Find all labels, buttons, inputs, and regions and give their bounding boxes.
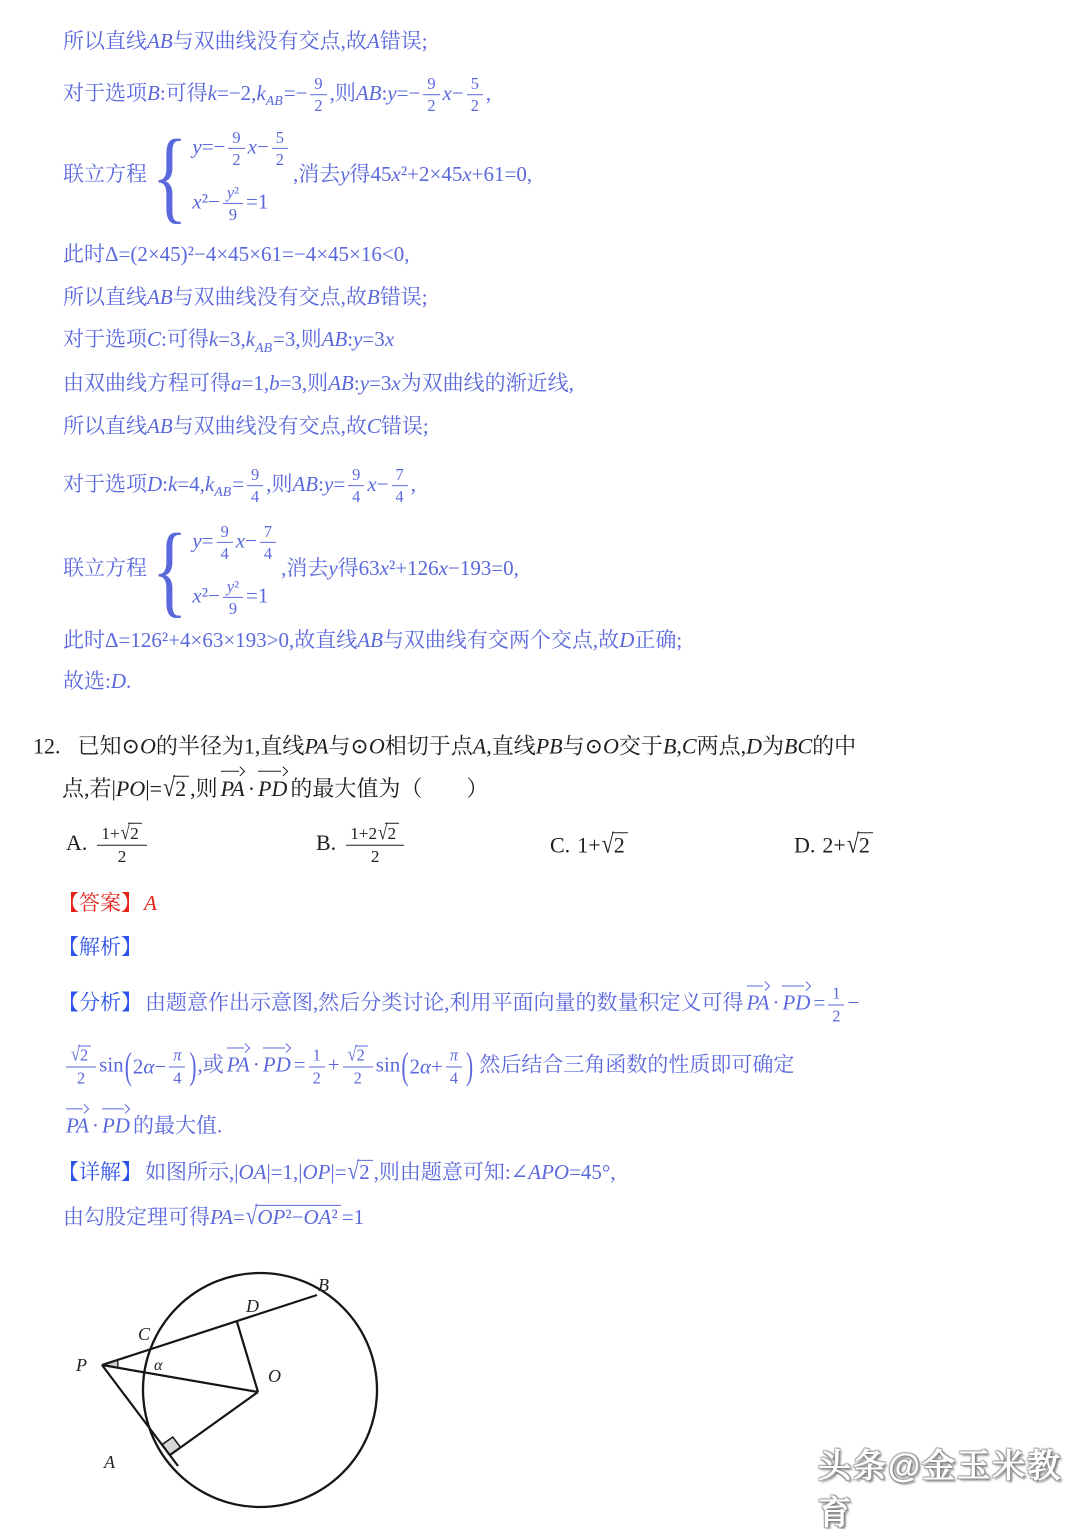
question-number: 12. [33,733,61,758]
analysis-text: 由题意作出示意图,然后分类讨论,利用平面向量的数量积定义可得PA·PD=12− [145,991,859,1015]
segment-OA [170,1392,258,1455]
analysis-line-2: √22sin(2α−π4),或PA·PD=12+√22sin(2α+π4) 然后… [63,1044,794,1087]
solution-line: 对于选项C:可得k=3,kAB=3,则AB:y=3x [63,326,394,356]
jiexi-marker: 【解析】 [58,935,142,959]
solution-line: 对于选项B:可得k=−2,kAB=−92,则AB:y=−92x−52, [63,74,491,116]
label-D: D [245,1296,259,1316]
jiexi-line: 【解析】 [58,934,145,960]
fenxi-marker: 【分析】 [58,991,142,1015]
detail-text: 如图所示,|OA|=1,|OP|=√2,则由题意可知:∠APO=45°, [145,1160,616,1184]
option-D-label: D. [794,832,815,857]
analysis-line-1: 【分析】由题意作出示意图,然后分类讨论,利用平面向量的数量积定义可得PA·PD=… [58,983,859,1026]
line-PO [102,1365,258,1392]
line-PA [102,1365,178,1466]
label-P: P [75,1355,87,1375]
option-D: D.2+√2 [794,831,874,859]
detail-line-2: 由勾股定理可得PA=√OP²−OA²=1 [63,1204,364,1230]
solution-line: 所以直线AB与双曲线没有交点,故C错误; [63,413,429,439]
detail-line-1: 【详解】如图所示,|OA|=1,|OP|=√2,则由题意可知:∠APO=45°, [58,1159,616,1185]
solution-line: 由双曲线方程可得a=1,b=3,则AB:y=3x为双曲线的渐近线, [63,370,574,396]
question-line-2: 点,若|PO|=√2,则PA·PD的最大值为（ ） [62,768,488,803]
label-O: O [268,1366,281,1386]
solution-line: 此时Δ=126²+4×63×193>0,故直线AB与双曲线有交两个交点,故D正确… [63,627,682,653]
page: 所以直线AB与双曲线没有交点,故A错误; 对于选项B:可得k=−2,kAB=−9… [0,0,1080,1529]
solution-line: 所以直线AB与双曲线没有交点,故A错误; [63,28,428,54]
solution-line: 故选:D. [63,668,131,694]
label-C: C [138,1324,151,1344]
option-C-label: C. [550,832,570,857]
question-line-1: 12.已知⊙O的半径为1,直线PA与⊙O相切于点A,直线PB与⊙O交于B,C两点… [33,732,856,760]
option-C: C.1+√2 [550,831,629,859]
solution-line: 联立方程{y=94x−74x²−y²9=1,消去y得63x²+126x−193=… [63,522,519,618]
option-B: B.1+2√22 [316,823,407,867]
analysis-line-3: PA·PD的最大值. [63,1105,222,1138]
option-A-label: A. [66,830,87,855]
solution-line: 联立方程{y=−92x−52x²−y²9=1,消去y得45x²+2×45x+61… [63,128,532,224]
solution-line: 此时Δ=(2×45)²−4×45×61=−4×45×16<0, [63,241,409,267]
geometry-diagram: P B D C O A α [58,1258,398,1524]
solution-line: 对于选项D:k=4,kAB=94,则AB:y=94x−74, [63,465,416,507]
option-A-formula: 1+√22 [94,830,149,855]
answer-marker: 【答案】 [58,891,142,915]
answer-value: A [144,891,157,915]
xiangjie-marker: 【详解】 [58,1160,142,1184]
segment-OD [237,1322,258,1392]
question-text: 已知⊙O的半径为1,直线PA与⊙O相切于点A,直线PB与⊙O交于B,C两点,D为… [78,733,857,758]
circle-O [143,1273,377,1507]
right-angle-mark [162,1437,180,1455]
option-B-formula: 1+2√22 [343,830,407,855]
line-PB [102,1295,317,1365]
option-D-formula: 2+√2 [822,832,874,857]
option-C-formula: 1+√2 [577,832,629,857]
label-A: A [103,1452,116,1472]
label-B: B [318,1275,329,1295]
option-A: A.1+√22 [66,823,150,867]
answer-line: 【答案】A [58,890,157,916]
label-alpha: α [154,1357,163,1374]
watermark: 头条@金玉米教育 [818,1440,1080,1529]
option-B-label: B. [316,830,336,855]
solution-line: 所以直线AB与双曲线没有交点,故B错误; [63,284,428,310]
